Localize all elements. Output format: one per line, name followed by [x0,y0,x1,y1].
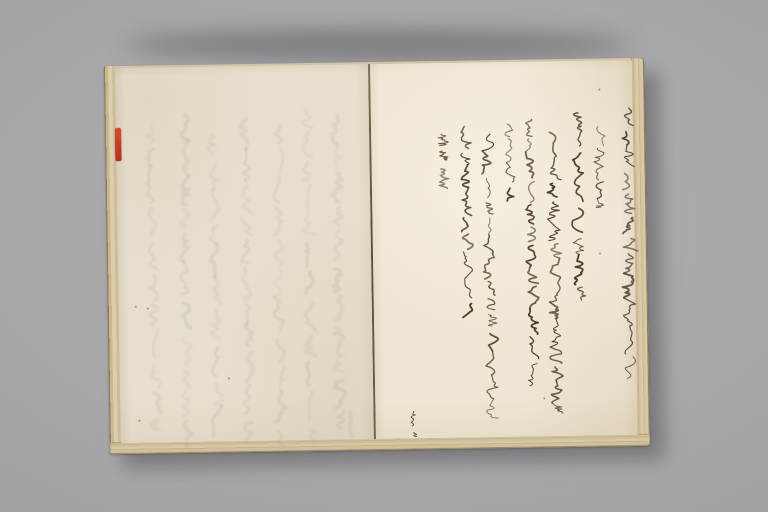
open-book: handwritten vertical columns of cursive … [104,58,650,454]
foxing-speck [543,397,545,399]
foxing-speck [599,252,601,254]
left-page [115,64,374,443]
red-marker-tab [115,128,122,161]
open-spread [115,60,638,443]
right-page [370,60,638,439]
foxing-speck [147,308,149,310]
legible-text: 僧 俗 [0,0,1,1]
foxing-speck [135,306,137,308]
foxing-speck [139,420,141,422]
foxing-speck [598,88,600,90]
photo-background: handwritten vertical columns of cursive … [0,0,768,512]
book-top-shadow [125,30,630,60]
foxing-speck [228,377,230,379]
